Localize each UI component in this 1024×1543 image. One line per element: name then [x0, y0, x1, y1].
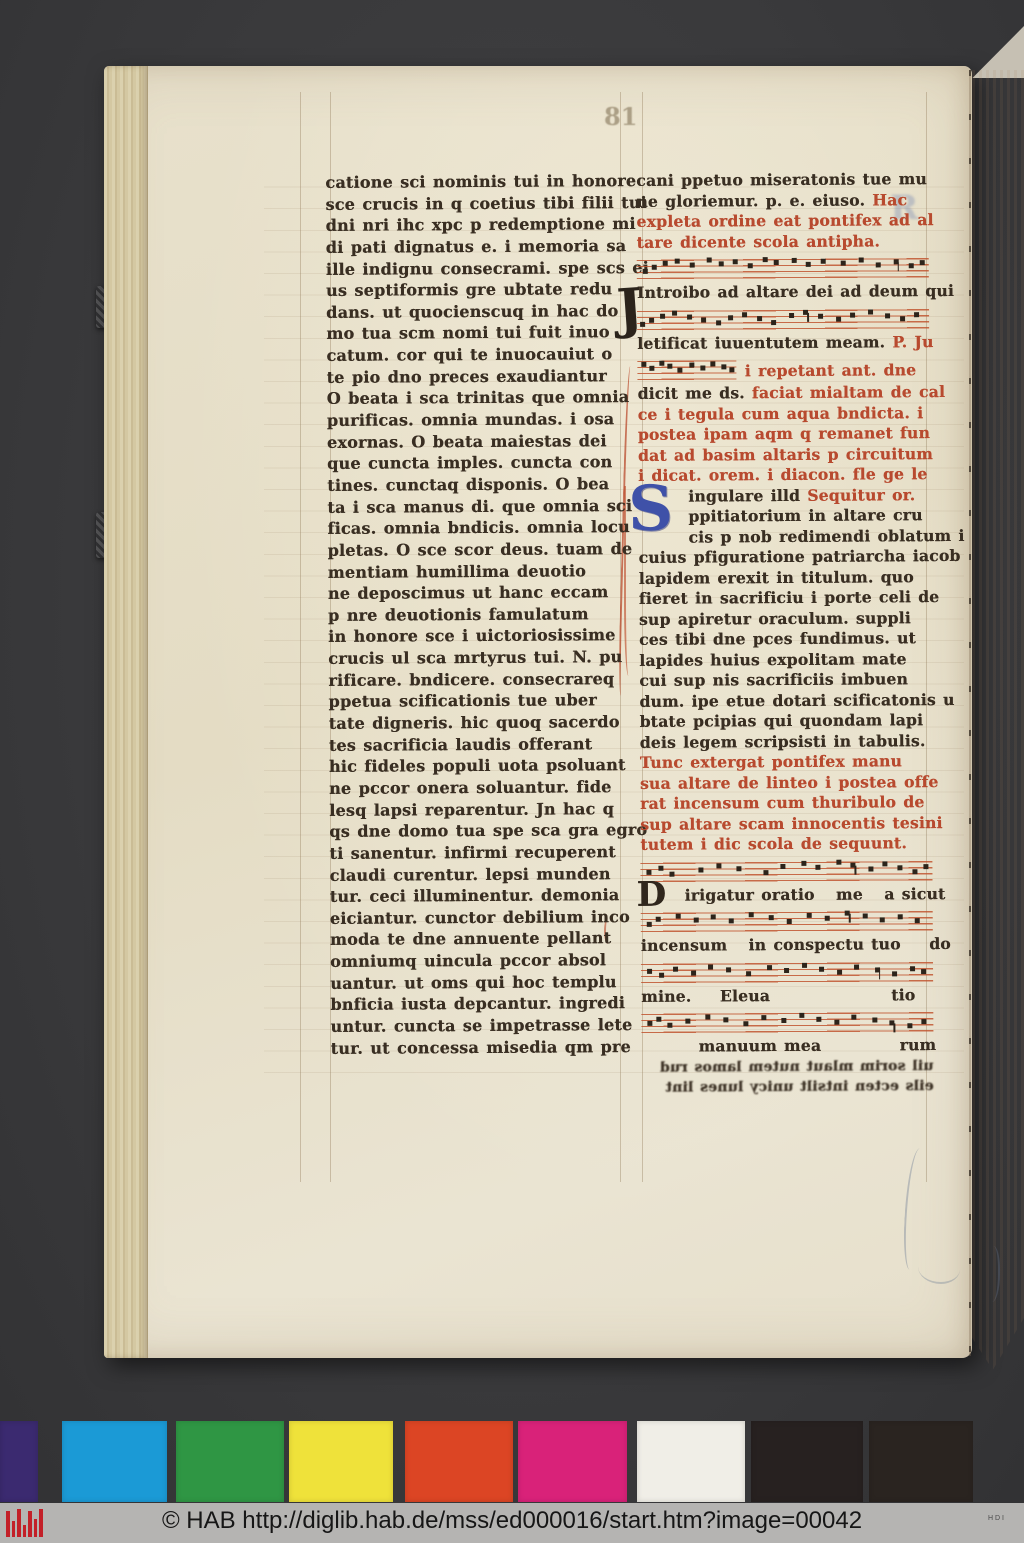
manuscript-line: catione sci nominis tui in honore: [325, 170, 620, 193]
neume: [880, 917, 885, 922]
manuscript-line: rificare. bndicere. consecrareq: [328, 668, 623, 691]
neume: [668, 1023, 673, 1028]
neume: [647, 1021, 652, 1026]
manuscript-line: expleta ordine eat pontifex ad al: [636, 210, 928, 232]
neume: [711, 361, 716, 366]
neume: [757, 316, 762, 321]
neume: [659, 361, 664, 366]
text-run: expleta ordine eat pontifex ad al: [636, 210, 933, 231]
text-run: manuum mea rum: [641, 1035, 936, 1056]
neume: [876, 262, 881, 267]
text-run: Sequitur or.: [807, 485, 915, 505]
manuscript-line: Singulare illd Sequitur or.: [638, 485, 930, 507]
manuscript-line: bnficia iusta depcantur. ingredi: [330, 992, 625, 1015]
neume: [818, 313, 823, 318]
manuscript-line: tur. ut concessa misedia qm pre: [331, 1036, 626, 1059]
neume: [728, 315, 733, 320]
text-run: uil sorim mlaut nutem lamos rud: [660, 1058, 934, 1076]
manuscript-line: tes sacrificia laudis offerant: [329, 733, 624, 756]
manuscript-line: us septiformis gre ubtate redu: [326, 278, 621, 301]
illuminated-initial-d: D: [636, 878, 666, 910]
neume: [907, 1023, 912, 1028]
neume-stem: [855, 865, 856, 874]
ruled-vline: [300, 92, 301, 1182]
staff-lines: [640, 856, 932, 884]
neume: [701, 317, 706, 322]
manuscript-line: ille indignu consecrami. spe scs ei: [326, 257, 621, 280]
text-run: postea ipam aqm q remanet fun: [638, 423, 930, 444]
neume: [771, 320, 776, 325]
manuscript-line: untur. cuncta se impetrasse lete: [330, 1014, 625, 1037]
copyright-caption: © HAB http://diglib.hab.de/mss/ed000016/…: [162, 1507, 862, 1535]
neume: [837, 969, 842, 974]
neume: [883, 861, 888, 866]
manuscript-line: Dirigatur oratio me a sicut: [641, 884, 933, 906]
text-run: lapidem erexit in titulum. quo: [639, 567, 914, 588]
neume: [761, 1015, 766, 1020]
manuscript-line: fieret in sacrificiu i porte celi de: [639, 587, 931, 609]
manuscript-line: cuius pfiguratione patriarcha iacob: [638, 546, 930, 568]
neume-stem: [849, 914, 850, 923]
manuscript-line: te pio dno preces exaudiantur: [326, 365, 621, 388]
manuscript-line: tate digneris. hic quoq sacerdo: [329, 711, 624, 734]
text-run: lapides huius expolitam mate: [639, 649, 907, 670]
color-swatch-yellow: [289, 1421, 393, 1502]
color-swatch-black-2: [869, 1421, 973, 1502]
text-run: ppitiatorium in altare cru: [688, 505, 922, 525]
neume: [723, 1017, 728, 1022]
manuscript-line: purificas. omnia mundas. i osa: [327, 408, 622, 431]
text-run: Tunc extergat pontifex manu: [640, 751, 902, 772]
neume: [912, 869, 917, 874]
neume: [924, 864, 929, 869]
neume: [673, 966, 678, 971]
hab-red-logo: [6, 1511, 50, 1537]
manuscript-line: cani ppetuo miseratonis tue mu: [636, 169, 928, 191]
text-run: ces tibi dne pces fundimus. ut: [639, 628, 916, 649]
manuscript-line: lesq lapsi reparentur. Jn hac q: [329, 798, 624, 821]
neume: [868, 866, 873, 871]
neume: [685, 1019, 690, 1024]
neume: [726, 967, 731, 972]
manuscript-line: moda te dne annuente pellant: [330, 928, 625, 951]
neume: [651, 265, 656, 270]
neume-stem: [807, 312, 808, 321]
logo-bar: [12, 1521, 16, 1537]
music-staff: [641, 957, 933, 985]
neume: [859, 258, 864, 263]
neume: [854, 964, 859, 969]
manuscript-line: O beata i sca trinitas que omnia: [327, 387, 622, 410]
manuscript-line: dicit me ds. faciat mialtam de cal: [637, 382, 929, 404]
manuscript-line: letificat iuuentutem meam. P. Ju: [637, 332, 929, 354]
neume: [801, 860, 806, 865]
manuscript-line: ne pccor onera soluantur. fide: [329, 776, 624, 799]
neume: [769, 915, 774, 920]
staff-lines: [641, 957, 933, 985]
ghost-text-line: eils ecten intsilt unicy lunes lint: [642, 1076, 934, 1098]
manuscript-line: sup altare scam innocentis tesini: [640, 813, 932, 835]
neume: [898, 914, 903, 919]
logo-bar: [34, 1519, 38, 1537]
logo-bar: [23, 1525, 27, 1537]
neume: [834, 1020, 839, 1025]
color-swatch-orange-red: [405, 1421, 513, 1502]
manuscript-line: tur. ceci illuminentur. demonia: [330, 884, 625, 907]
neume: [716, 320, 721, 325]
text-run: ce i tegula cum aqua bndicta. i: [638, 403, 924, 424]
neume: [675, 259, 680, 264]
logo-bar: [28, 1511, 32, 1537]
neume: [744, 1021, 749, 1026]
neume: [816, 864, 821, 869]
text-run: rat incensum cum thuribulo de: [640, 792, 925, 813]
page-stack-edge: [104, 66, 148, 1358]
neume: [718, 261, 723, 266]
neume: [922, 1019, 927, 1024]
music-staff: [637, 253, 929, 281]
neume: [706, 1014, 711, 1019]
neume: [649, 317, 654, 322]
text-run: cuius pfiguratione patriarcha iacob: [638, 546, 960, 567]
music-staff: [641, 1007, 933, 1035]
page-edge-line: [969, 70, 971, 1356]
neume: [781, 864, 786, 869]
neume: [722, 364, 727, 369]
color-swatch-black-1: [751, 1421, 863, 1502]
neume: [763, 870, 768, 875]
color-swatch-cyan: [62, 1421, 167, 1502]
text-run: dicit me ds.: [637, 383, 751, 403]
neume: [746, 971, 751, 976]
manuscript-line: p nre deuotionis famulatum: [328, 603, 623, 626]
neume: [689, 363, 694, 368]
neume: [676, 914, 681, 919]
text-run: dat ad basim altaris p circuitum: [638, 444, 933, 465]
neume: [791, 258, 796, 263]
neume: [708, 964, 713, 969]
neume: [885, 313, 890, 318]
text-run: i dicat. orem. i diacon. fle ge le: [638, 464, 928, 485]
text-run: eils ecten intsilt unicy lunes lint: [665, 1078, 933, 1096]
manuscript-line: ne deposcimus ut hanc eccam: [328, 581, 623, 604]
neume-stem: [879, 970, 880, 979]
neume: [672, 310, 677, 315]
manuscript-line: qs dne domo tua spe sca gra egro: [329, 819, 624, 842]
text-run: irigatur oratio me a sicut: [685, 884, 946, 905]
text-run: dum. ipe etue dotari scificatonis u: [639, 689, 954, 710]
caption-bar: © HAB http://diglib.hab.de/mss/ed000016/…: [0, 1503, 1024, 1543]
manuscript-line: catum. cor qui te inuocauiut o: [326, 343, 621, 366]
text-run: Eleua tio: [720, 985, 916, 1005]
manuscript-line: dum. ipe etue dotari scificatonis u: [639, 690, 931, 712]
music-staff: [637, 304, 929, 332]
text-run: btate pcipias qui quondam lapi: [639, 710, 923, 731]
neume: [691, 970, 696, 975]
manuscript-line: manuum mea rum: [641, 1035, 933, 1057]
manuscript-line: tare dicente scola antipha.: [637, 231, 929, 253]
neume: [852, 1015, 857, 1020]
neume: [641, 362, 646, 367]
neume: [807, 913, 812, 918]
neume: [897, 865, 902, 870]
neume: [789, 312, 794, 317]
manuscript-line: ta i sca manus di. que omnia sci: [327, 495, 622, 518]
margin-squiggle: [902, 1148, 928, 1271]
manuscript-line: ce i tegula cum aqua bndicta. i: [638, 403, 930, 425]
neume: [647, 922, 652, 927]
neume: [649, 366, 654, 371]
text-run: Introibo ad altare dei ad deum qui: [637, 281, 954, 302]
manuscript-line: di pati dignatus e. i memoria sa: [326, 235, 621, 258]
neume: [908, 263, 913, 268]
neume: [667, 364, 672, 369]
manuscript-line: cis p nob redimendi oblatum i: [638, 526, 930, 548]
manuscript-line: sce crucis in q coetius tibi filii tui: [325, 192, 620, 215]
text-run: i repetant ant. dne: [745, 360, 917, 380]
text-run: ingulare illd: [688, 485, 807, 505]
color-swatch-green: [176, 1421, 284, 1502]
manuscript-line: lapides huius expolitam mate: [639, 649, 931, 671]
logo-bar: [6, 1511, 10, 1537]
manuscript-line: dans. ut quocienscuq in hac do: [326, 300, 621, 323]
neume: [836, 316, 841, 321]
music-staff: i repetant ant. dne: [637, 354, 929, 382]
neume: [915, 918, 920, 923]
manuscript-line: incensum in conspectu tuo do: [641, 934, 933, 956]
text-run: sup apiretur oraculum. suppli: [639, 608, 911, 629]
manuscript-line: tutem i dic scola de sequunt.: [640, 833, 932, 855]
text-run: cani ppetuo miseratonis tue mu: [636, 169, 927, 190]
neume: [655, 917, 660, 922]
color-calibration-bar: [0, 1421, 1024, 1502]
neume: [850, 312, 855, 317]
neume: [677, 368, 682, 373]
manuscript-line: in honore sce i uictoriosissime: [328, 625, 623, 648]
neume: [841, 261, 846, 266]
neume: [914, 312, 919, 317]
neume: [787, 919, 792, 924]
manuscript-line: mo tua scm nomi tui fuit inuo: [326, 322, 621, 345]
neume-stem: [898, 262, 899, 271]
neume: [921, 969, 926, 974]
manuscript-line: exornas. O beata maiestas dei: [327, 430, 622, 453]
neume: [802, 962, 807, 967]
neume: [643, 269, 648, 274]
staff-lines: [641, 1007, 933, 1035]
neume: [656, 1017, 661, 1022]
color-swatch-white: [637, 1421, 745, 1502]
staff-lines: [637, 355, 736, 382]
neume: [647, 968, 652, 973]
manuscript-line: dat ad basim altaris p circuitum: [638, 444, 930, 466]
neume: [868, 309, 873, 314]
neume: [748, 263, 753, 268]
neume: [689, 263, 694, 268]
neume: [693, 918, 698, 923]
manuscript-line: ti sanentur. infirmi recuperent: [329, 841, 624, 864]
left-column: catione sci nominis tui in honoresce cru…: [325, 170, 625, 1059]
neume: [900, 316, 905, 321]
manuscript-line: postea ipam aqm q remanet fun: [638, 423, 930, 445]
neume: [762, 257, 767, 262]
neume: [663, 261, 668, 266]
neume: [640, 321, 645, 326]
manuscript-line: ppetua scificationis tue uber: [328, 689, 623, 712]
manuscript-line: lapidem erexit in titulum. quo: [639, 567, 931, 589]
neume: [836, 859, 841, 864]
manuscript-line: Introibo ad altare dei ad deum qui: [637, 281, 929, 303]
neume: [749, 912, 754, 917]
text-run: sua altare de linteo i postea offe: [640, 772, 939, 793]
neume: [774, 260, 779, 265]
manuscript-line: tines. cunctaq disponis. O bea: [327, 473, 622, 496]
neume: [782, 1018, 787, 1023]
neume: [660, 313, 665, 318]
manuscript-page: 81 R J catione sci nominis tui in honore…: [104, 66, 972, 1358]
neume-stem: [894, 1023, 895, 1032]
neume: [821, 259, 826, 264]
logo-bar: [17, 1509, 21, 1537]
manuscript-line: sup apiretur oraculum. suppli: [639, 608, 931, 630]
manuscript-line: sua altare de linteo i postea offe: [640, 772, 932, 794]
neume: [825, 916, 830, 921]
neume: [711, 914, 716, 919]
text-run: Hac: [872, 190, 907, 209]
neume: [863, 914, 868, 919]
neume: [742, 312, 747, 317]
manuscript-line: Tunc extergat pontifex manu: [640, 751, 932, 773]
neume: [658, 865, 663, 870]
text-run: sup altare scam innocentis tesini: [640, 813, 943, 834]
neume: [699, 867, 704, 872]
neume: [920, 260, 925, 265]
text-run: mine.: [641, 986, 720, 1005]
staff-lines: [637, 304, 929, 332]
manuscript-line: uantur. ut oms qui hoc templu: [330, 971, 625, 994]
text-run: ne gloriemur. p. e. eiuso.: [636, 190, 872, 210]
neume: [872, 1017, 877, 1022]
neume: [806, 262, 811, 267]
manuscript-line: claudi curentur. lepsi munden: [330, 863, 625, 886]
manuscript-line: omniumq uincula pccor absol: [330, 949, 625, 972]
manuscript-line: ne gloriemur. p. e. eiuso. Hac: [636, 190, 928, 212]
manuscript-line: pletas. O sce scor deus. tuam de: [328, 538, 623, 561]
corner-mark: HDI: [988, 1515, 1006, 1522]
manuscript-line: hic fideles populi uota psoluant: [329, 754, 624, 777]
text-run: cis p nob redimendi oblatum i: [688, 525, 964, 546]
text-run: incensum in conspectu tuo do: [641, 934, 951, 955]
manuscript-line: ces tibi dne pces fundimus. ut: [639, 628, 931, 650]
neume: [687, 314, 692, 319]
margin-squiggle: [918, 1252, 960, 1284]
manuscript-line: que cuncta imples. cuncta con: [327, 451, 622, 474]
neume: [819, 966, 824, 971]
staff-lines: [637, 253, 929, 281]
manuscript-line: deis legem scripsisti in tabulis.: [640, 731, 932, 753]
text-run: tare dicente scola antipha.: [637, 231, 881, 251]
neume: [646, 869, 651, 874]
manuscript-line: ppitiatorium in altare cru: [638, 505, 930, 527]
ghost-text-line: uil sorim mlaut nutem lamos rud: [642, 1056, 934, 1078]
neume: [700, 365, 705, 370]
neume: [767, 965, 772, 970]
manuscript-line: mentiam humillima deuotio: [328, 560, 623, 583]
neume: [817, 1017, 822, 1022]
neume: [730, 367, 735, 372]
manuscript-line: i repetant ant. dne: [737, 360, 917, 382]
text-run: P. Ju: [892, 332, 933, 351]
neume: [716, 863, 721, 868]
text-run: tutem i dic scola de sequunt.: [640, 833, 907, 854]
music-staff: [640, 856, 932, 884]
manuscript-line: rat incensum cum thuribulo de: [640, 792, 932, 814]
neume: [728, 918, 733, 923]
logo-bar: [39, 1509, 43, 1537]
text-run: deis legem scripsisti in tabulis.: [640, 731, 926, 752]
manuscript-line: dni nri ihc xpc p redemptione mi: [326, 213, 621, 236]
text-run: letificat iuuentutem meam.: [637, 332, 892, 353]
facing-page-strip: [972, 70, 1024, 1370]
neume: [784, 967, 789, 972]
neume: [737, 866, 742, 871]
manuscript-line: eiciantur. cunctor debilium inco: [330, 906, 625, 929]
manuscript-line: cui sup nis sacrificiis imbuen: [639, 669, 931, 691]
digitized-manuscript-photo: 81 R J catione sci nominis tui in honore…: [0, 0, 1024, 1543]
color-swatch-magenta: [518, 1421, 627, 1502]
neume: [910, 966, 915, 971]
manuscript-line: mine. Eleua tio: [641, 985, 933, 1007]
manuscript-line: i dicat. orem. i diacon. fle ge le: [638, 464, 930, 486]
neume: [707, 257, 712, 262]
manuscript-line: btate pcipias qui quondam lapi: [639, 710, 931, 732]
neume: [733, 259, 738, 264]
staff-lines: [641, 906, 933, 934]
text-run: faciat mialtam de cal: [752, 382, 945, 402]
neume: [659, 972, 664, 977]
music-staff: [641, 906, 933, 934]
neume: [799, 1013, 804, 1018]
manuscript-line: crucis ul sca mrtyrus tui. N. pu: [328, 646, 623, 669]
color-swatch-purple: [0, 1421, 38, 1502]
neume: [892, 971, 897, 976]
right-column: cani ppetuo miseratonis tue mune gloriem…: [636, 169, 934, 1098]
neume: [670, 871, 675, 876]
text-run: fieret in sacrificiu i porte celi de: [639, 587, 940, 608]
text-run: cui sup nis sacrificiis imbuen: [639, 669, 908, 690]
manuscript-line: ficas. omnia bndicis. omnia locu: [327, 516, 622, 539]
